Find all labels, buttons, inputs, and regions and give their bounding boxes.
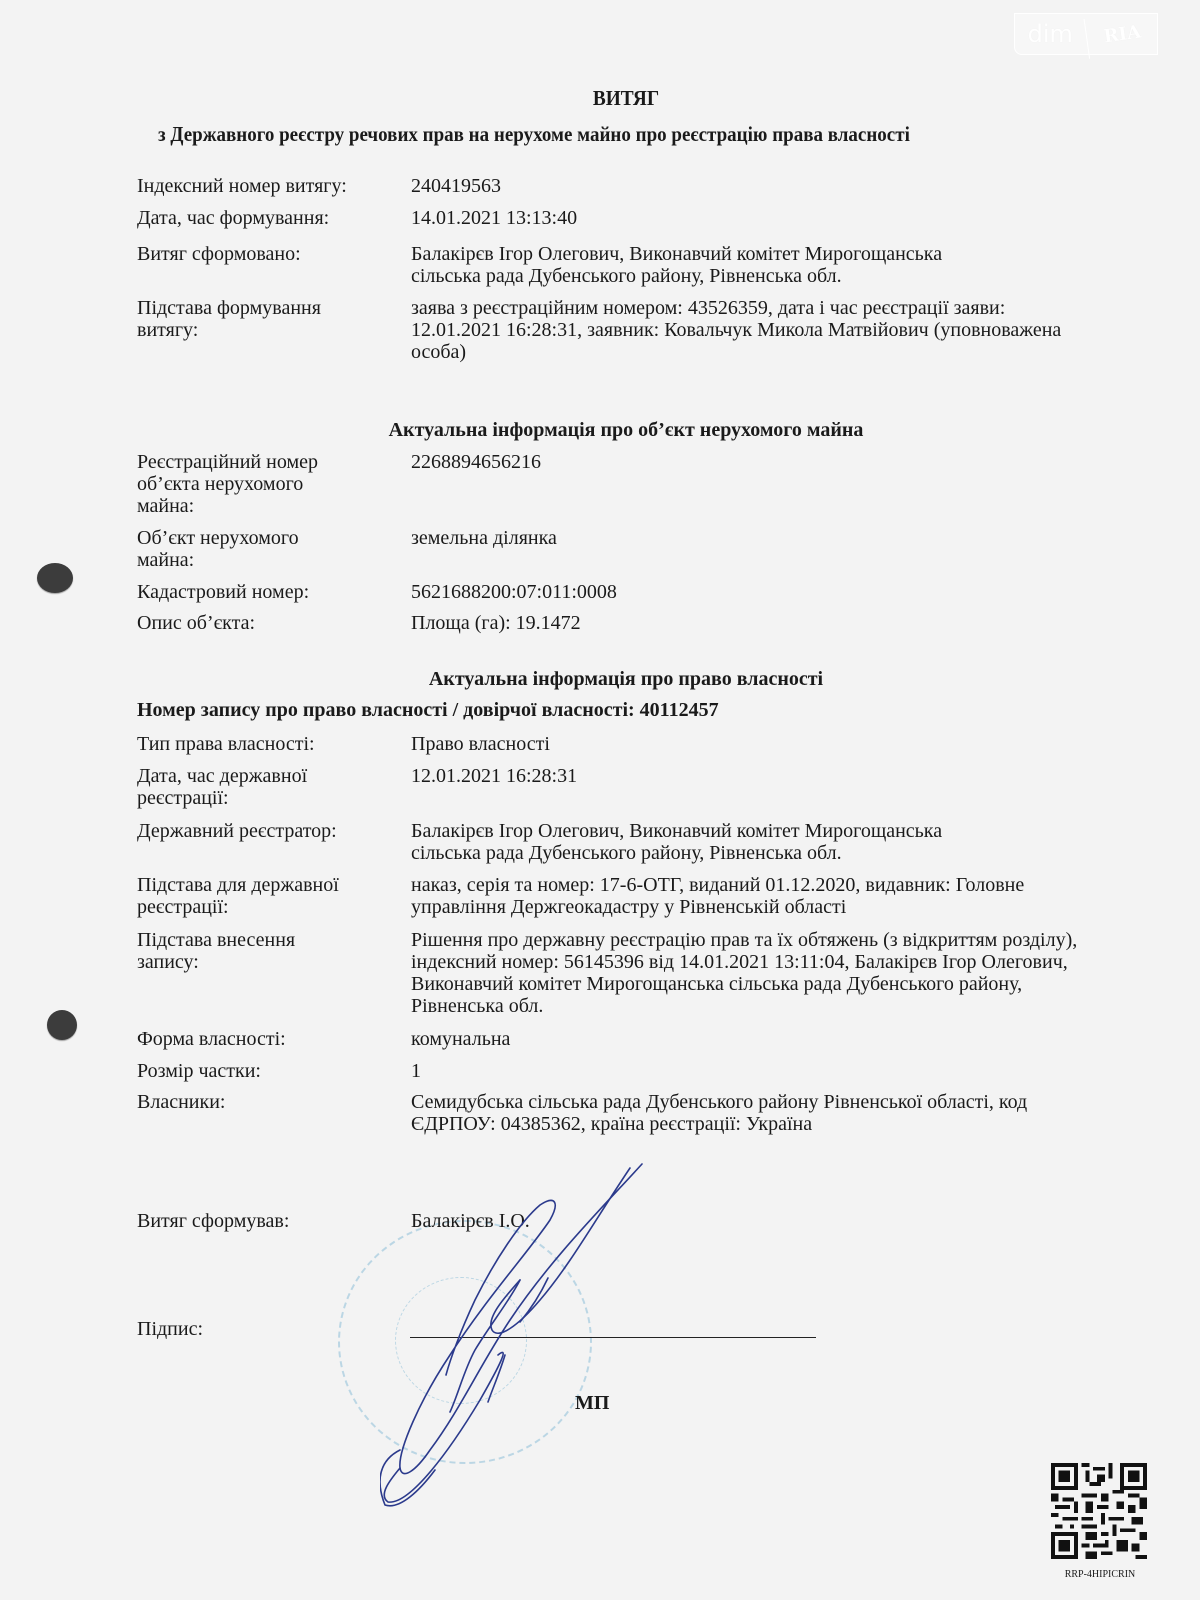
watermark-dim: dim [1015,14,1086,54]
field-label: Індексний номер витягу: [137,175,411,197]
ownership-record-number: Номер запису про право власності / довір… [137,699,719,722]
field-label: Форма власності: [137,1028,411,1050]
field-row: Форма власності: комунальна [137,1028,1097,1050]
field-label: Власники: [137,1091,411,1135]
field-label: Державний реєстратор: [137,820,411,864]
field-row: Опис об’єкта: Площа (га): 19.1472 [137,612,1097,634]
field-row: Розмір частки: 1 [137,1060,1097,1082]
watermark-logo: dim RIA [1014,13,1158,55]
document-subtitle: з Державного реєстру речових прав на нер… [158,122,1009,147]
field-value: Рішення про державну реєстрацію прав та … [411,929,1097,1017]
field-value: Право власності [411,733,1097,755]
formed-by-label: Витяг сформував: [137,1210,411,1232]
signature-label: Підпис: [137,1318,411,1340]
field-value: Балакірєв Ігор Олегович, Виконавчий комі… [411,820,1097,864]
punch-hole-dot [47,1010,77,1040]
field-label: Розмір частки: [137,1060,411,1082]
field-value: наказ, серія та номер: 17-6-ОТГ, виданий… [411,874,1097,918]
field-label: Кадастровий номер: [137,581,411,603]
field-row: Підстава внесення запису: Рішення про де… [137,929,1097,1017]
field-row: Реєстраційний номер об’єкта нерухомого м… [137,451,1097,517]
qr-code-text: RRP-4HIPICRIN [1050,1569,1150,1580]
field-row: Тип права власності: Право власності [137,733,1097,755]
field-value: 5621688200:07:011:0008 [411,581,1097,603]
field-value: Площа (га): 19.1472 [411,612,1097,634]
field-value: 2268894656216 [411,451,1097,517]
field-row: Власники: Семидубська сільська рада Дубе… [137,1091,1097,1135]
field-row: Витяг сформовано: Балакірєв Ігор Олегови… [137,243,1097,287]
document-title: ВИТЯГ [50,86,1200,111]
section-title-ownership: Актуальна інформація про право власності [0,668,1200,691]
field-row: Підстава формування витягу: заява з реєс… [137,297,1097,363]
field-label: Дата, час державної реєстрації: [137,765,411,809]
field-label: Об’єкт нерухомого майна: [137,527,411,571]
punch-hole-dot [37,563,73,593]
qr-code-icon [1051,1463,1147,1559]
field-value: 240419563 [411,175,1097,197]
field-label: Витяг сформовано: [137,243,411,287]
field-value: земельна ділянка [411,527,1097,571]
field-value: Балакірєв Ігор Олегович, Виконавчий комі… [411,243,1097,287]
field-row: Індексний номер витягу: 240419563 [137,175,1097,197]
field-value: 12.01.2021 16:28:31 [411,765,1097,809]
field-value: 1 [411,1060,1097,1082]
watermark-ria: RIA [1083,9,1159,59]
field-row: Дата, час державної реєстрації: 12.01.20… [137,765,1097,809]
field-label: Опис об’єкта: [137,612,411,634]
field-label: Дата, час формування: [137,207,411,229]
seal-place-label: МП [575,1392,609,1415]
field-row: Підстава для державної реєстрації: наказ… [137,874,1097,918]
field-row: Державний реєстратор: Балакірєв Ігор Оле… [137,820,1097,864]
field-row: Кадастровий номер: 5621688200:07:011:000… [137,581,1097,603]
field-value: заява з реєстраційним номером: 43526359,… [411,297,1097,363]
field-row: Дата, час формування: 14.01.2021 13:13:4… [137,207,1097,229]
field-label: Підстава формування витягу: [137,297,411,363]
field-label: Тип права власності: [137,733,411,755]
section-title-object: Актуальна інформація про об’єкт нерухомо… [0,419,1200,442]
field-label: Реєстраційний номер об’єкта нерухомого м… [137,451,411,517]
field-label: Підстава внесення запису: [137,929,411,1017]
handwritten-signature [380,1150,660,1510]
field-label: Підстава для державної реєстрації: [137,874,411,918]
field-value: Семидубська сільська рада Дубенського ра… [411,1091,1097,1135]
field-value: комунальна [411,1028,1097,1050]
field-row: Об’єкт нерухомого майна: земельна ділянк… [137,527,1097,571]
field-value: 14.01.2021 13:13:40 [411,207,1097,229]
